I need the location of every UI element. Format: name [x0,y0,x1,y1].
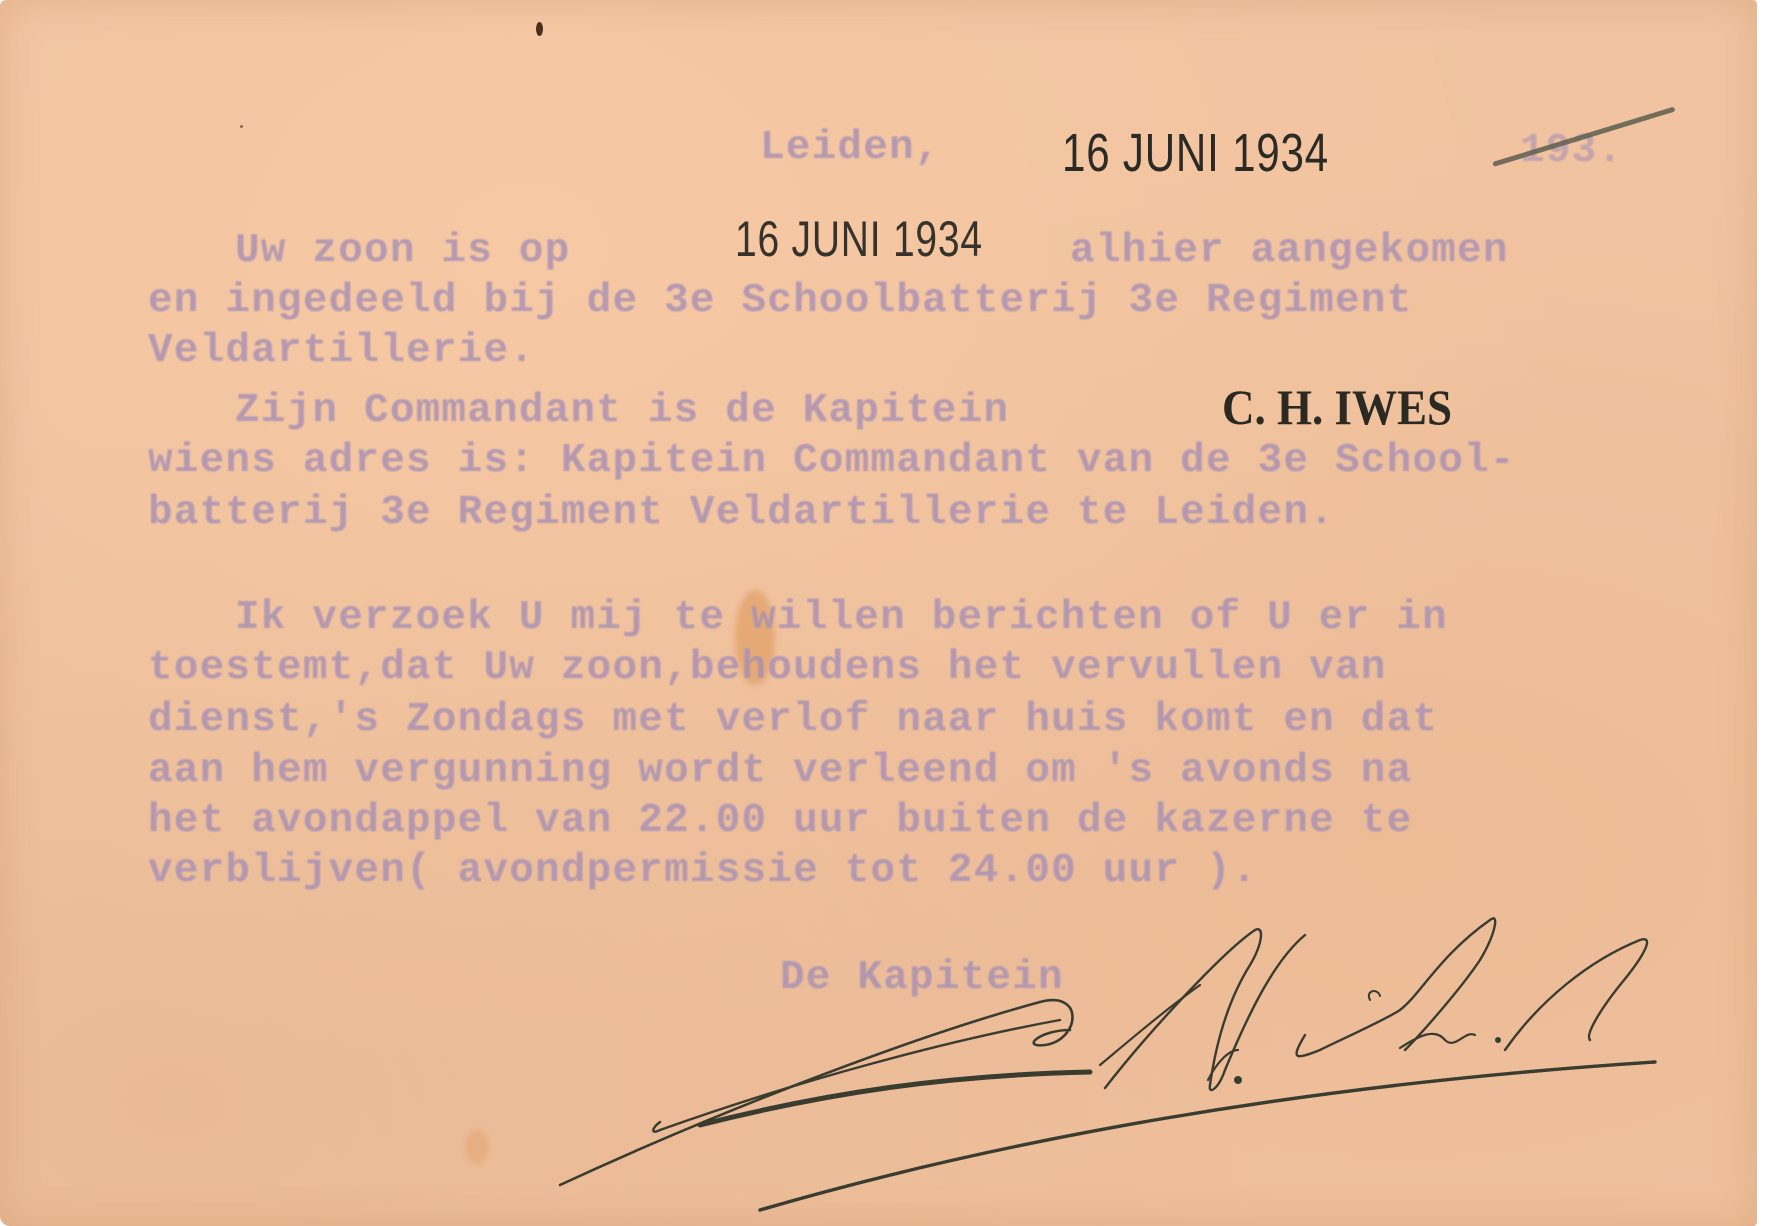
postcard: Leiden, 16 JUNI 1934 193. Uw zoon is op … [0,0,1757,1226]
handwritten-signature [0,0,1757,1226]
